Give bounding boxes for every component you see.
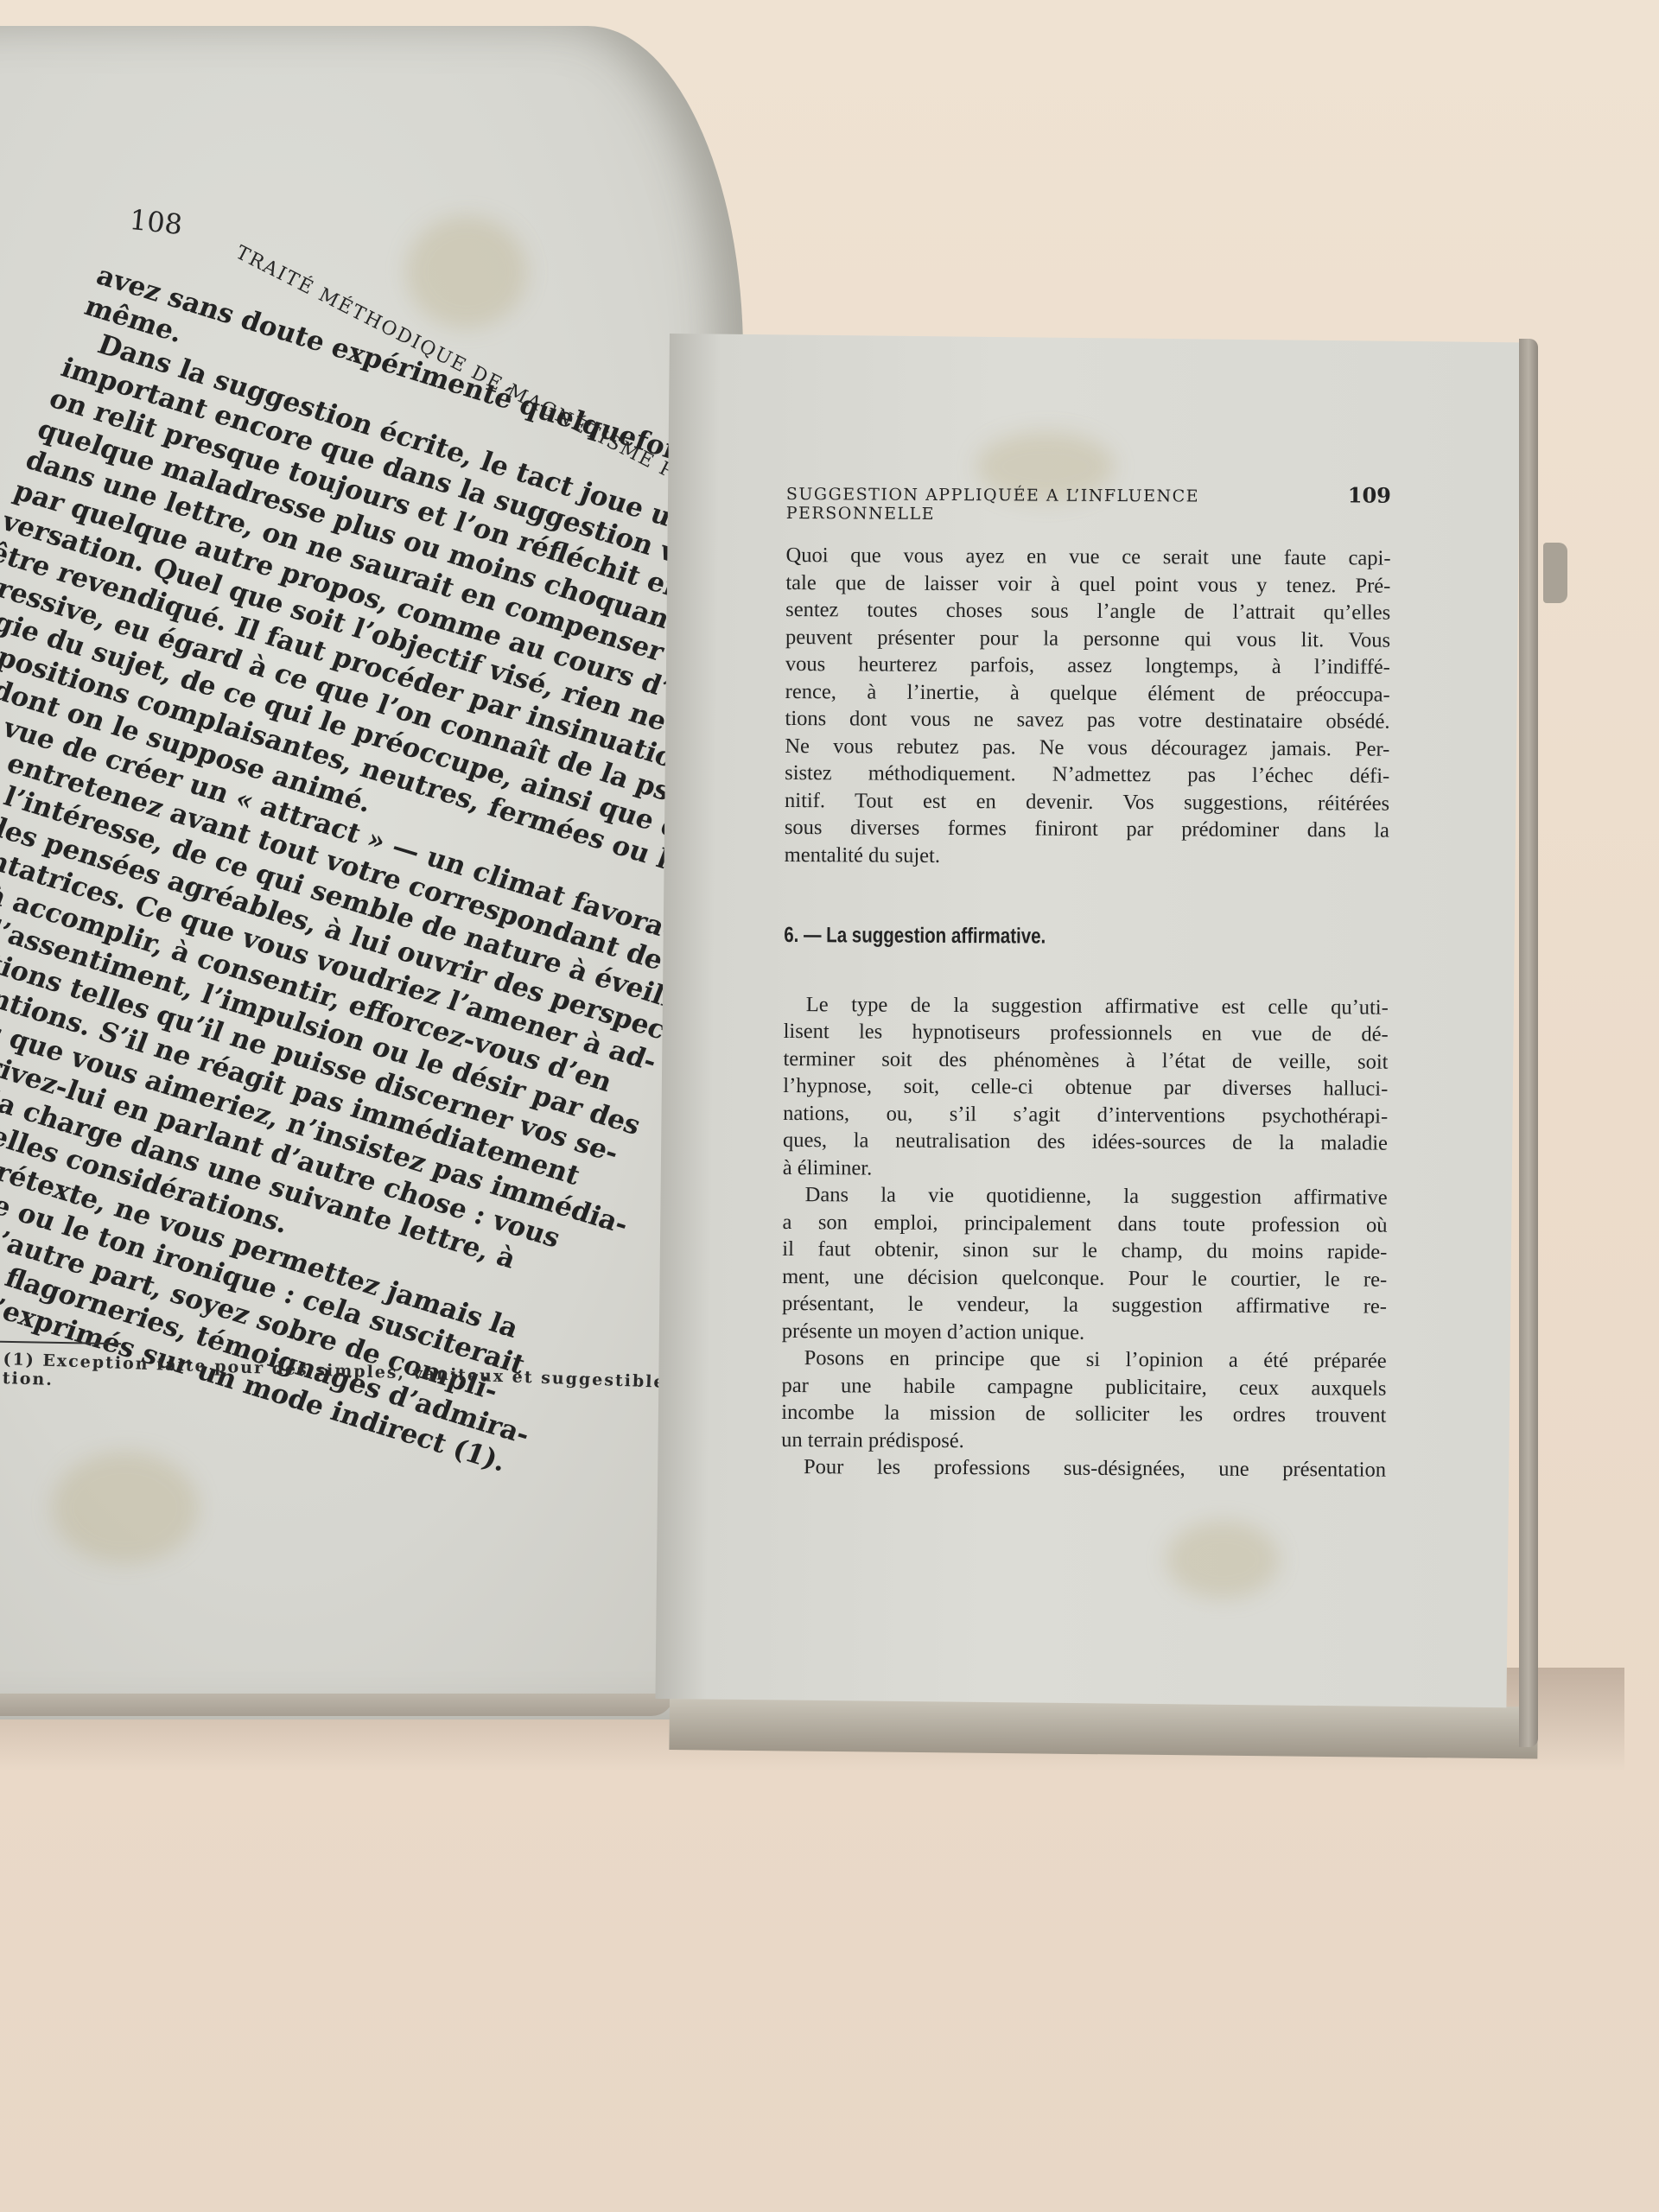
text-line: tions dont vous ne savez pas votre desti… <box>785 705 1389 735</box>
text-line: à éliminer. <box>783 1154 1388 1184</box>
text-line: un terrain prédisposé. <box>781 1426 1386 1456</box>
text-line: il faut obtenir, sinon sur le champ, du … <box>782 1236 1387 1266</box>
text-line: sous diverses formes finiront par prédom… <box>785 814 1389 844</box>
section-heading: 6. — La suggestion affirmative. <box>784 922 1280 952</box>
text-line: présente un moyen d’action unique. <box>782 1317 1387 1347</box>
running-head-right-title: SUGGESTION APPLIQUÉE A L’INFLUENCE PERSO… <box>786 485 1348 525</box>
text-line: a son emploi, principalement dans toute … <box>782 1208 1387 1238</box>
text-line: l’hypnose, soit, celle-ci obtenue par di… <box>783 1072 1388 1103</box>
paragraph: Dans la vie quotidienne, la suggestion a… <box>782 1181 1388 1348</box>
stain-mark <box>1166 1521 1279 1599</box>
text-line: tale que de laisser voir à quel point vo… <box>785 569 1390 599</box>
text-line: mentalité du sujet. <box>785 841 1389 871</box>
page-number-right: 109 <box>1348 482 1391 507</box>
text-line: rence, à l’inertie, à quelque élément de… <box>785 677 1390 708</box>
text-line: sentez toutes choses sous l’angle de l’a… <box>785 596 1390 626</box>
text-line: nations, ou, s’il s’agit d’interventions… <box>783 1099 1388 1129</box>
left-page-bottom-edge <box>0 1694 674 1716</box>
text-line: Posons en principe que si l’opinion a ét… <box>782 1344 1387 1375</box>
paragraph: Pour les professions sus-désignées, une … <box>781 1453 1386 1484</box>
text-line: Le type de la suggestion affirmative est… <box>784 990 1389 1020</box>
text-line: sistez méthodiquement. N’admettez pas l’… <box>785 760 1389 790</box>
right-page-fore-edge <box>1519 339 1538 1747</box>
text-line: terminer soit des phénomènes à l’état de… <box>783 1045 1388 1075</box>
paragraph: Quoi que vous ayez en vue ce serait une … <box>785 542 1391 872</box>
torn-page-fragment <box>1543 543 1567 603</box>
paragraph: Le type de la suggestion affirmative est… <box>783 990 1389 1184</box>
text-line: vous heurterez parfois, assez longtemps,… <box>785 651 1390 681</box>
page-number-left: 108 <box>128 203 184 241</box>
stain-mark <box>52 1452 199 1564</box>
text-line: Ne vous rebutez pas. Ne vous découragez … <box>785 732 1389 762</box>
paragraph: Posons en principe que si l’opinion a ét… <box>781 1344 1387 1457</box>
right-page-content: SUGGESTION APPLIQUÉE A L’INFLUENCE PERSO… <box>781 480 1391 1484</box>
text-line: par une habile campagne publicitaire, ce… <box>781 1371 1386 1402</box>
text-line: peuvent présenter pour la personne qui v… <box>785 623 1390 653</box>
stain-mark <box>406 216 527 328</box>
text-line: Pour les professions sus-désignées, une … <box>781 1453 1386 1484</box>
running-head-right: SUGGESTION APPLIQUÉE A L’INFLUENCE PERSO… <box>786 480 1391 526</box>
text-line: Quoi que vous ayez en vue ce serait une … <box>785 542 1390 572</box>
text-line: lisent les hypnotiseurs professionnels e… <box>784 1018 1389 1048</box>
right-page-body: Quoi que vous ayez en vue ce serait une … <box>781 542 1391 1484</box>
text-line: ques, la neutralisation des idées-source… <box>783 1127 1388 1157</box>
text-line: incombe la mission de solliciter les ord… <box>781 1399 1386 1429</box>
text-line: Dans la vie quotidienne, la suggestion a… <box>783 1181 1388 1211</box>
text-line: présentant, le vendeur, la suggestion af… <box>782 1290 1387 1320</box>
right-page-bottom-edge <box>669 1698 1538 1759</box>
text-line: ment, une décision quelconque. Pour le c… <box>782 1262 1387 1293</box>
text-line: nitif. Tout est en devenir. Vos suggesti… <box>785 786 1389 817</box>
